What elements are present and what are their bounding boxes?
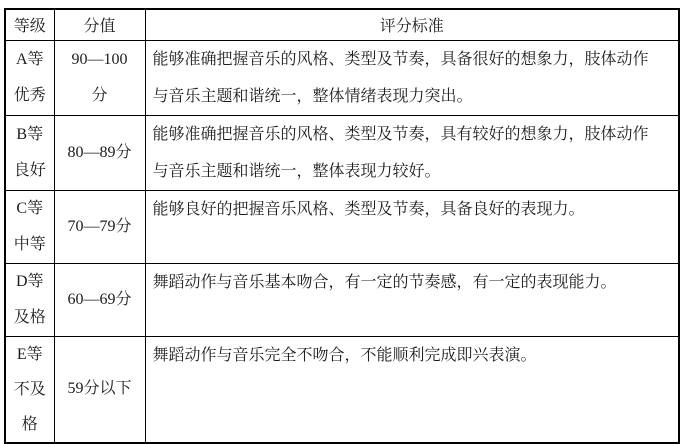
- grade-line: 不及: [6, 372, 54, 407]
- grade-cell: D等 及格: [5, 263, 54, 336]
- header-score: 分值: [54, 9, 145, 40]
- score-cell: 59分以下: [54, 336, 145, 443]
- table-header-row: 等级 分值 评分标准: [5, 9, 679, 40]
- grade-line: 中等: [6, 227, 54, 263]
- score-cell: 70—79分: [54, 190, 145, 263]
- score-line: 分: [55, 78, 145, 114]
- table-row: D等 及格 60—69分 舞蹈动作与音乐基本吻合，有一定的节奏感，有一定的表现能…: [5, 263, 679, 336]
- grade-line: 优秀: [6, 78, 54, 114]
- grade-line: A等: [6, 42, 54, 78]
- criteria-cell: 能够良好的把握音乐风格、类型及节奏，具备良好的表现力。: [145, 190, 679, 263]
- criteria-cell: 舞蹈动作与音乐基本吻合，有一定的节奏感，有一定的表现能力。: [145, 263, 679, 336]
- criteria-cell: 舞蹈动作与音乐完全不吻合，不能顺利完成即兴表演。: [145, 336, 679, 443]
- score-line: 59分以下: [55, 371, 145, 407]
- grade-line: B等: [6, 117, 54, 153]
- score-line: 90—100: [55, 42, 145, 78]
- table-row: B等 良好 80—89分 能够准确把握音乐的风格、类型及节奏，具有较好的想象力，…: [5, 115, 679, 190]
- grading-criteria-table: 等级 分值 评分标准 A等 优秀 90—100 分 能够准确把握音乐的风格、类型…: [4, 8, 680, 444]
- grade-line: 良好: [6, 153, 54, 189]
- table-row: E等 不及 格 59分以下 舞蹈动作与音乐完全不吻合，不能顺利完成即兴表演。: [5, 336, 679, 443]
- header-criteria: 评分标准: [145, 9, 679, 40]
- grade-line: C等: [6, 191, 54, 227]
- criteria-cell: 能够准确把握音乐的风格、类型及节奏，具有较好的想象力，肢体动作与音乐主题和谐统一…: [145, 115, 679, 190]
- grade-line: E等: [6, 337, 54, 372]
- table-row: C等 中等 70—79分 能够良好的把握音乐风格、类型及节奏，具备良好的表现力。: [5, 190, 679, 263]
- grade-cell: A等 优秀: [5, 40, 54, 115]
- score-line: 80—89分: [55, 135, 145, 171]
- score-cell: 60—69分: [54, 263, 145, 336]
- grade-cell: B等 良好: [5, 115, 54, 190]
- score-line: 70—79分: [55, 209, 145, 245]
- score-cell: 90—100 分: [54, 40, 145, 115]
- header-grade: 等级: [5, 9, 54, 40]
- score-cell: 80—89分: [54, 115, 145, 190]
- grade-cell: E等 不及 格: [5, 336, 54, 443]
- grade-cell: C等 中等: [5, 190, 54, 263]
- document-page: 等级 分值 评分标准 A等 优秀 90—100 分 能够准确把握音乐的风格、类型…: [0, 0, 684, 444]
- score-line: 60—69分: [55, 282, 145, 318]
- table-row: A等 优秀 90—100 分 能够准确把握音乐的风格、类型及节奏，具备很好的想象…: [5, 40, 679, 115]
- grade-line: 及格: [6, 300, 54, 336]
- criteria-cell: 能够准确把握音乐的风格、类型及节奏，具备很好的想象力，肢体动作与音乐主题和谐统一…: [145, 40, 679, 115]
- grade-line: D等: [6, 264, 54, 300]
- grade-line: 格: [6, 407, 54, 442]
